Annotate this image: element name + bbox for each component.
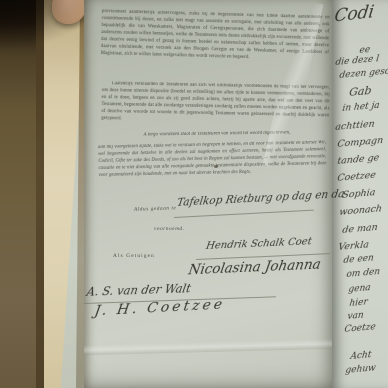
handwriting-line: achttien	[335, 119, 376, 134]
handwriting-line: Sophia	[342, 187, 376, 201]
handwriting-line: Gab	[348, 84, 372, 99]
aldus-gedaan-label: Aldus gedaan te	[134, 205, 177, 212]
voornoemd-label: voornoemd.	[154, 226, 185, 232]
printed-page: provisioneel aanmerkelijk achtervolgens,…	[84, 0, 332, 388]
als-getuigen-label: Als Getuigen	[113, 253, 155, 259]
signature-testator-1: Hendrik Schalk Coet	[205, 236, 312, 252]
table-background	[0, 0, 38, 388]
handwriting-line: de een	[343, 253, 375, 266]
handwriting-line: Verkla	[338, 239, 370, 253]
testament-paragraph-2: Laatstelijk verklaarden de Testateuren a…	[101, 80, 330, 126]
handwriting-line: Coetzee	[337, 170, 377, 185]
handwriting-line: hier	[349, 297, 368, 309]
handwriting-line: tande ge	[337, 152, 380, 167]
handwriting-line: in het ja	[342, 101, 380, 114]
handwriting-line: de man	[342, 222, 379, 236]
testament-paragraph-1: provisioneel aanmerkelijk achtervolgens,…	[101, 8, 330, 63]
place-underline	[174, 210, 314, 218]
book-spine	[36, 0, 45, 388]
handwriting-line: gehuw	[345, 363, 377, 376]
signature-witness-2: J. H. Coetzee	[93, 296, 226, 319]
signature-witness-1: A. S. van der Walt	[86, 281, 193, 299]
handwriting-line: Codi	[333, 2, 375, 27]
handwriting-line: om den	[346, 267, 381, 280]
handwriting-line: Compagn	[337, 135, 384, 150]
handwriting-line: Acht	[350, 350, 372, 362]
a-tergo-line: A tergo voordezen staat de Testateuren v…	[110, 129, 324, 139]
paper-fold	[84, 339, 332, 355]
handwriting-line: Coetze	[344, 322, 376, 335]
handwriting-line: gena	[348, 283, 371, 295]
handwriting-line: van	[347, 311, 364, 323]
place-handwriting: Tafelkop Rietburg op dag en da	[176, 188, 345, 209]
handwriting-line: die deze l	[335, 54, 380, 68]
signature-testator-2: Nicolasina Johanna	[187, 256, 322, 278]
handwriting-line: dezen gesch	[339, 66, 388, 81]
testament-paragraph-3: aan mij voorgelezen zijnde, zulks wel te…	[98, 139, 327, 179]
handwriting-line: woonach	[339, 203, 383, 218]
document-photo: Codi ee die deze l dezen gesch Gab in he…	[0, 0, 388, 388]
